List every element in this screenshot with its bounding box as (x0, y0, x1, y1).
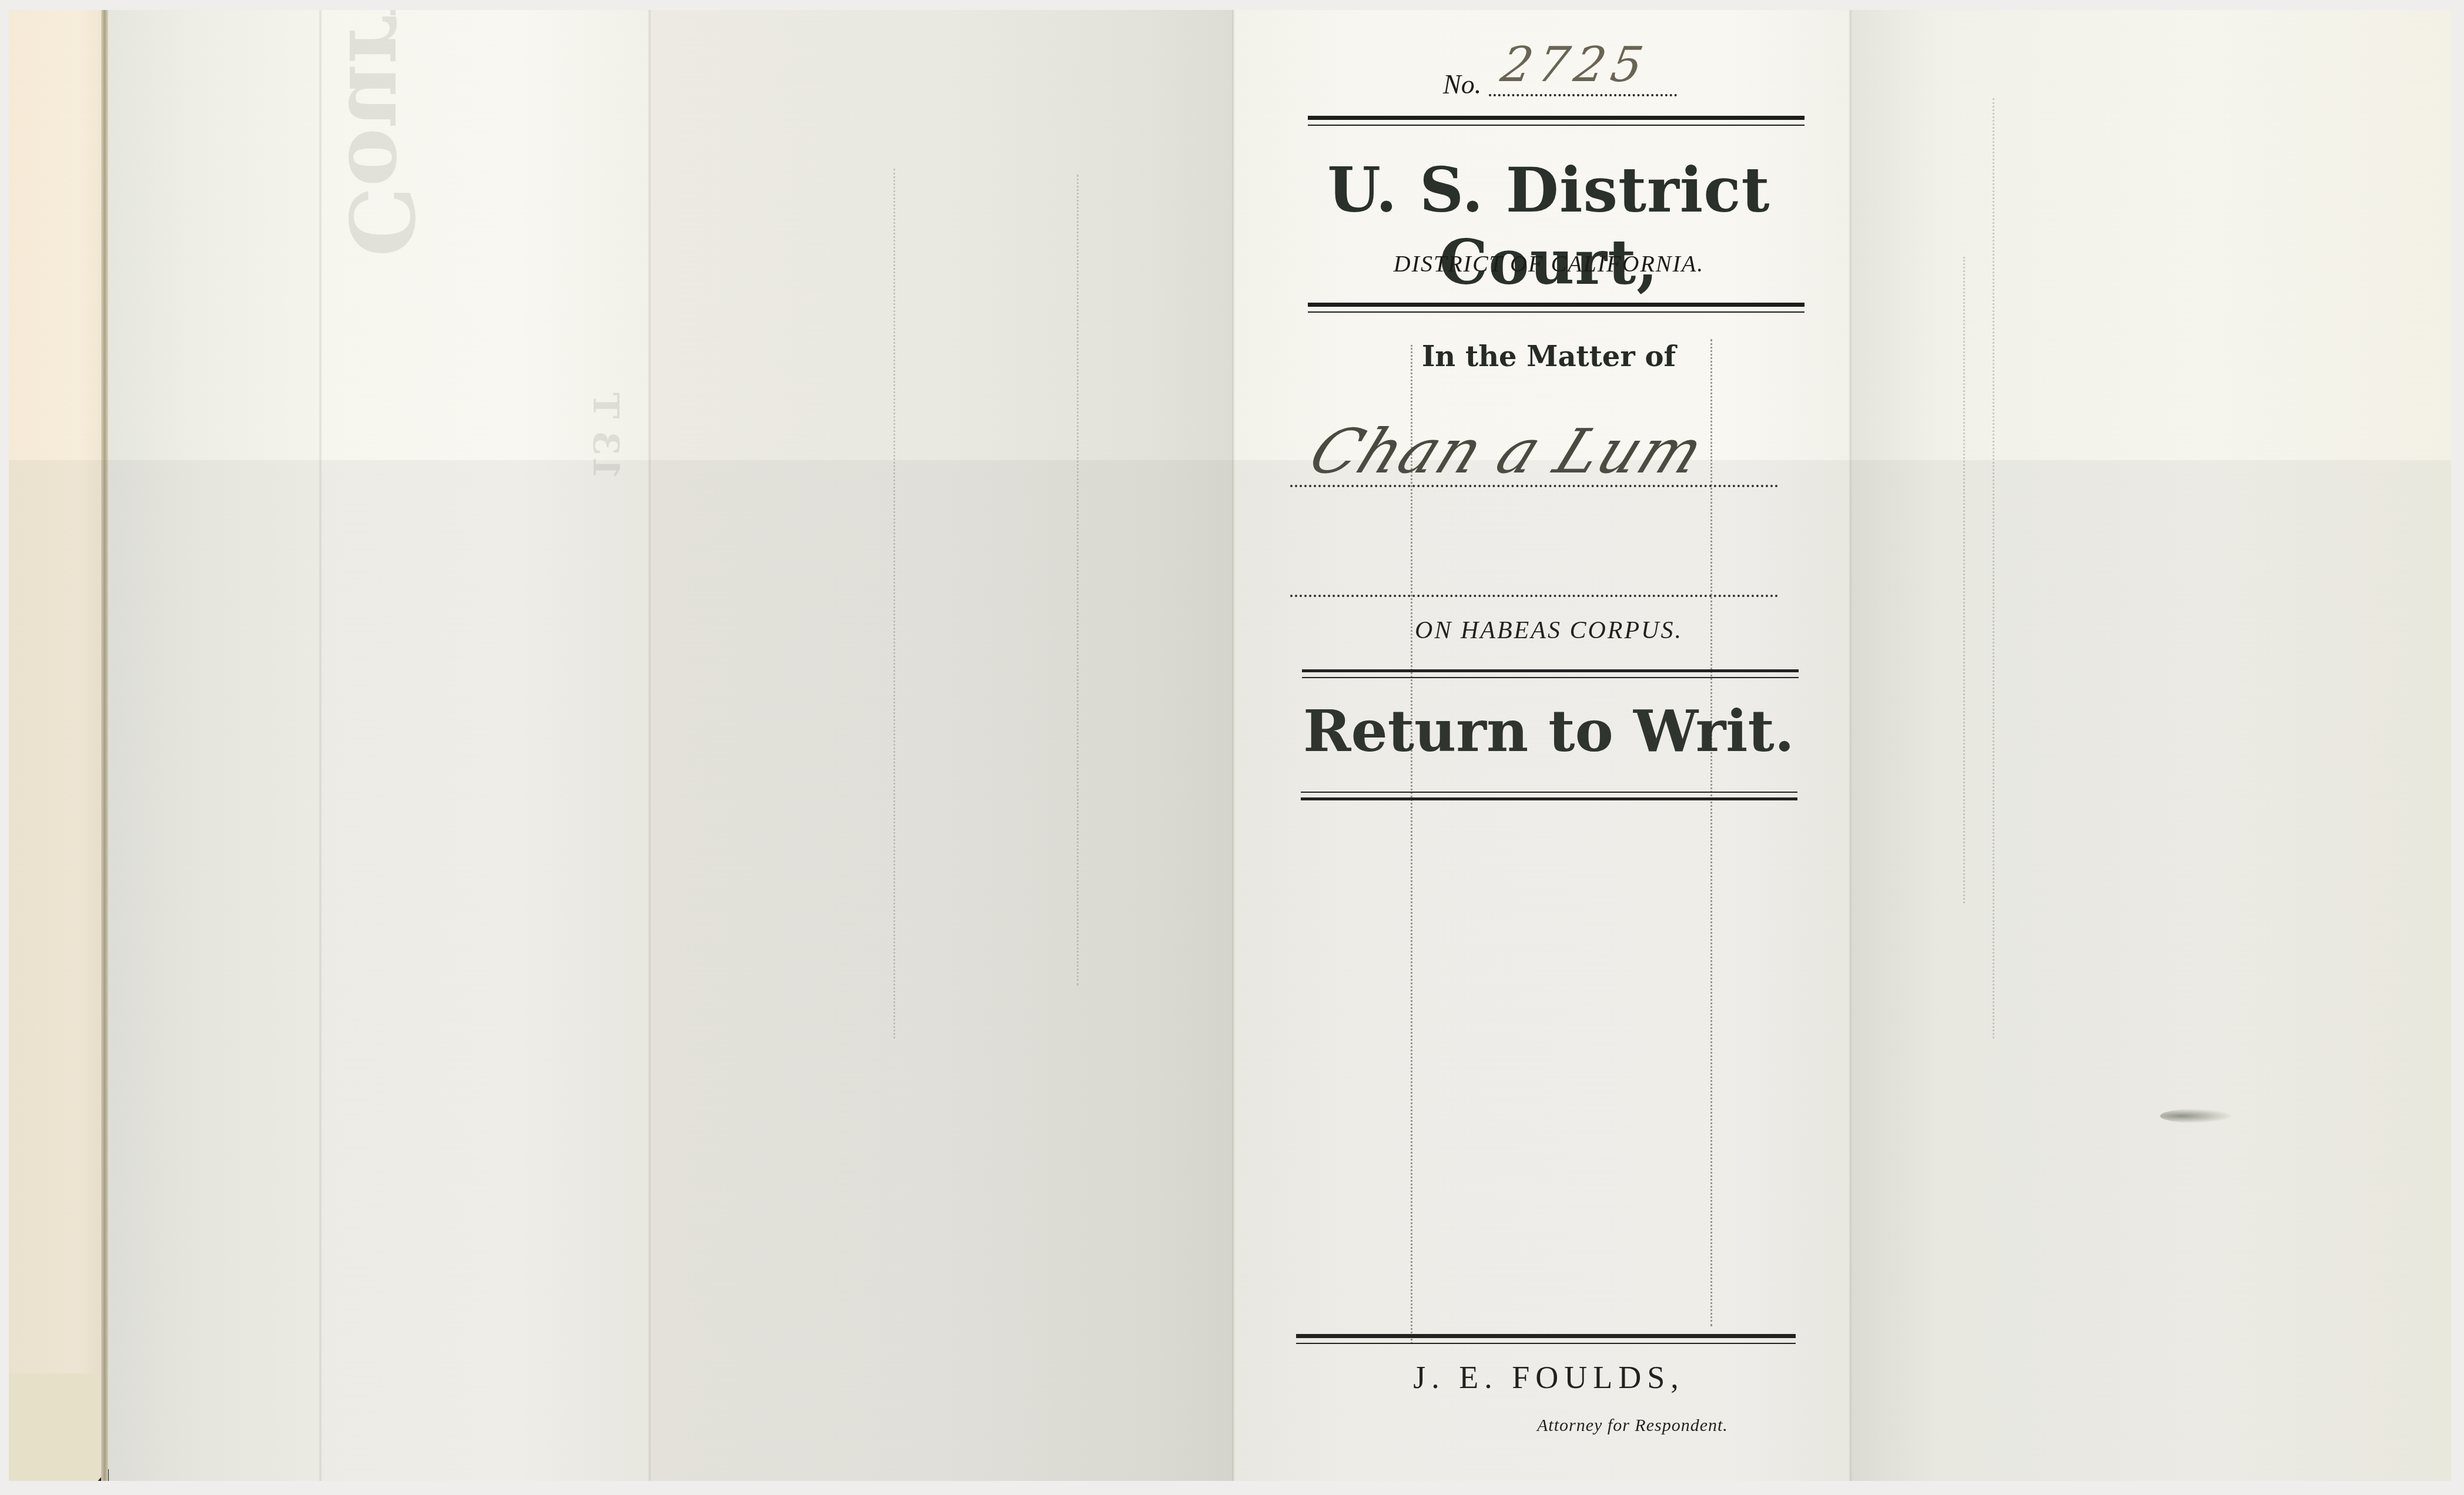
petitioner-name-handwritten: Chan a Lum (1299, 415, 1715, 487)
ghost-dotted-line (1963, 257, 1965, 903)
fold-crease (1231, 10, 1235, 1481)
dotted-rule (1489, 94, 1677, 96)
court-district: DISTRICT OF CALIFORNIA. (1284, 250, 1813, 277)
case-number-label: No. (1443, 69, 1481, 100)
double-rule (1296, 1334, 1796, 1344)
ghost-text-mid: 13 T (585, 393, 626, 480)
cover-page-left (9, 10, 109, 1481)
double-rule (1301, 792, 1797, 800)
ghost-text-headline: Court (329, 10, 432, 257)
case-number-field: No. 2725 (1443, 42, 1678, 107)
ink-smudge (2160, 1109, 2231, 1123)
fold-panel-5 (1850, 10, 2451, 1481)
document-title: Return to Writ. (1284, 698, 1813, 765)
fold-crease (1849, 10, 1852, 1481)
ghost-dotted-line (1993, 98, 1994, 1038)
double-rule (1302, 669, 1799, 678)
front-cover: No. 2725 U. S. District Court, DISTRICT … (1284, 10, 1813, 1481)
fold-crease (319, 10, 322, 1481)
ghost-dotted-line (1077, 175, 1079, 986)
fold-panel-1 (109, 10, 320, 1481)
double-rule (1308, 303, 1805, 313)
name-dotted-line (1290, 595, 1778, 597)
scanned-document: Court 13 T No. 2725 U. S. District Court… (9, 10, 2451, 1481)
name-dotted-line (1290, 485, 1778, 487)
dotted-column-line (1710, 339, 1712, 1326)
attorney-role: Attorney for Respondent. (1537, 1416, 1728, 1436)
ghost-dotted-line (893, 169, 895, 1038)
dotted-column-line (1411, 345, 1412, 1344)
matter-heading: In the Matter of (1284, 340, 1813, 373)
proceeding-type: ON HABEAS CORPUS. (1284, 616, 1813, 645)
fold-crease (648, 10, 651, 1481)
fold-panel-3 (650, 10, 1242, 1481)
double-rule (1308, 116, 1805, 126)
case-number-handwritten: 2725 (1497, 37, 1653, 93)
binding-gutter (101, 10, 108, 1481)
attorney-name: J. E. FOULDS, (1284, 1359, 1813, 1396)
